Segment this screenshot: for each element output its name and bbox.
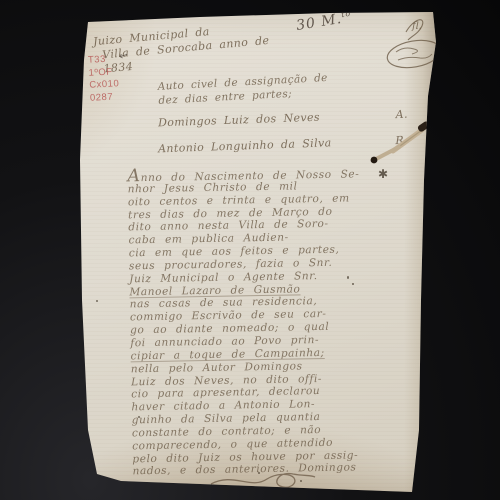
closing-flourish bbox=[205, 466, 320, 496]
manuscript-body: Anno do Nascimento de Nosso Se-nhor Jesu… bbox=[127, 166, 400, 479]
pencil-note-superscript: to bbox=[341, 9, 352, 19]
archival-mark-line: 0287 bbox=[90, 91, 121, 105]
archival-mark-line: Cx010 bbox=[89, 78, 120, 92]
scanned-document-scene: Juizo Municipal da Villa de Sorocaba ann… bbox=[0, 0, 500, 500]
pencil-note: 30 M.to bbox=[295, 9, 353, 34]
header-inscription: Juizo Municipal da Villa de Sorocaba ann… bbox=[93, 17, 306, 77]
party-name: Domingos Luiz dos Neves bbox=[158, 111, 320, 130]
page-edge-shading bbox=[404, 10, 438, 494]
notary-rubric: fl. bbox=[382, 16, 448, 72]
folio-mark: fl. bbox=[411, 21, 422, 32]
pencil-note-text: 30 M. bbox=[295, 11, 343, 34]
manuscript-page: Juizo Municipal da Villa de Sorocaba ann… bbox=[0, 0, 500, 500]
ink-speck bbox=[96, 300, 98, 302]
case-title: Auto civel de assignação de dez dias ent… bbox=[157, 71, 343, 108]
archival-marks: T331ºOFCx0100287 bbox=[88, 53, 121, 104]
party-name: Antonio Longuinho da Silva bbox=[158, 136, 332, 155]
